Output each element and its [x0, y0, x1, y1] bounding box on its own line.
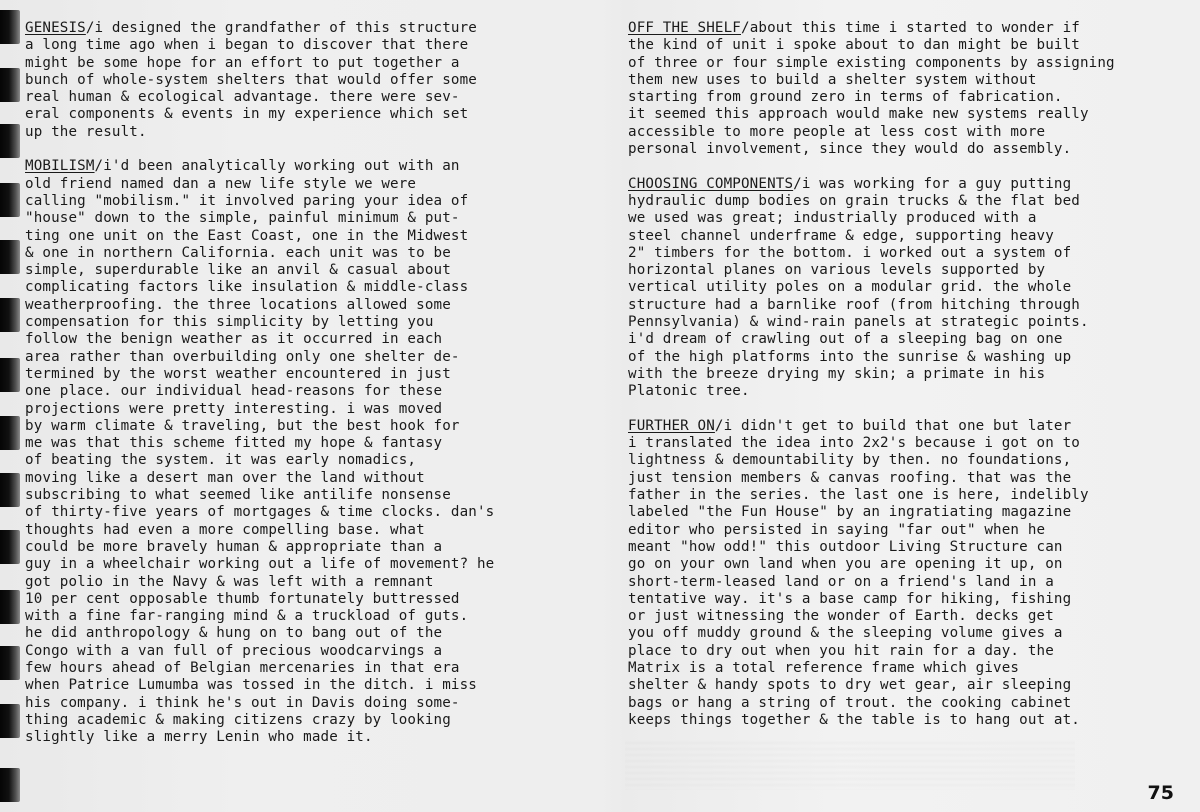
- text-line: thing academic & making citizens crazy b…: [25, 712, 565, 729]
- text-line: of three or four simple existing compone…: [628, 55, 1168, 72]
- text-line: moving like a desert man over the land w…: [25, 470, 565, 487]
- section-off-the-shelf: OFF THE SHELF/about this time i started …: [628, 20, 1168, 158]
- text-line: subscribing to what seemed like antilife…: [25, 487, 565, 504]
- text-line: thoughts had even a more compelling base…: [25, 522, 565, 539]
- text-line: lightness & demountability by then. no f…: [628, 452, 1168, 469]
- text-line: 2" timbers for the bottom. i worked out …: [628, 245, 1168, 262]
- binding-hole: [0, 590, 20, 624]
- text-line: weatherproofing. the three locations all…: [25, 297, 565, 314]
- text-line: CHOOSING COMPONENTS/i was working for a …: [628, 176, 1168, 193]
- text-line: vertical utility poles on a modular grid…: [628, 279, 1168, 296]
- binding-hole: [0, 10, 20, 44]
- text-line: structure had a barnlike roof (from hitc…: [628, 297, 1168, 314]
- section-heading: FURTHER ON: [628, 418, 715, 434]
- text-line: ting one unit on the East Coast, one in …: [25, 228, 565, 245]
- section-lead-text: /about this time i started to wonder if: [741, 20, 1080, 36]
- text-line: of thirty-five years of mortgages & time…: [25, 504, 565, 521]
- text-line: got polio in the Navy & was left with a …: [25, 574, 565, 591]
- text-line: projections were pretty interesting. i w…: [25, 401, 565, 418]
- text-line: OFF THE SHELF/about this time i started …: [628, 20, 1168, 37]
- text-line: place to dry out when you hit rain for a…: [628, 643, 1168, 660]
- section-lead-text: /i was working for a guy putting: [793, 176, 1071, 192]
- text-line: area rather than overbuilding only one s…: [25, 349, 565, 366]
- text-line: them new uses to build a shelter system …: [628, 72, 1168, 89]
- text-line: 10 per cent opposable thumb fortunately …: [25, 591, 565, 608]
- section-genesis: GENESIS/i designed the grandfather of th…: [25, 20, 565, 141]
- text-line: compensation for this simplicity by lett…: [25, 314, 565, 331]
- text-line: keeps things together & the table is to …: [628, 712, 1168, 729]
- text-line: by warm climate & traveling, but the bes…: [25, 418, 565, 435]
- binding-hole: [0, 646, 20, 680]
- text-line: accessible to more people at less cost w…: [628, 124, 1168, 141]
- binding-hole: [0, 68, 20, 102]
- show-through-text: [625, 740, 1075, 790]
- text-line: his company. i think he's out in Davis d…: [25, 695, 565, 712]
- page-number: 75: [1148, 782, 1174, 804]
- text-line: tentative way. it's a base camp for hiki…: [628, 591, 1168, 608]
- right-column: OFF THE SHELF/about this time i started …: [628, 20, 1168, 746]
- text-line: personal involvement, since they would d…: [628, 141, 1168, 158]
- binding-hole: [0, 473, 20, 507]
- text-line: i'd dream of crawling out of a sleeping …: [628, 331, 1168, 348]
- binding-hole: [0, 530, 20, 564]
- text-line: GENESIS/i designed the grandfather of th…: [25, 20, 565, 37]
- text-line: starting from ground zero in terms of fa…: [628, 89, 1168, 106]
- text-line: termined by the worst weather encountere…: [25, 366, 565, 383]
- text-line: & one in northern California. each unit …: [25, 245, 565, 262]
- text-line: bunch of whole-system shelters that woul…: [25, 72, 565, 89]
- text-line: just tension members & canvas roofing. t…: [628, 470, 1168, 487]
- text-line: calling "mobilism." it involved paring y…: [25, 193, 565, 210]
- text-line: the kind of unit i spoke about to dan mi…: [628, 37, 1168, 54]
- spiral-binding: [0, 0, 22, 812]
- text-line: or just witnessing the wonder of Earth. …: [628, 608, 1168, 625]
- section-lead-text: /i'd been analytically working out with …: [95, 158, 460, 174]
- text-line: i translated the idea into 2x2's because…: [628, 435, 1168, 452]
- text-line: follow the benign weather as it occurred…: [25, 331, 565, 348]
- text-line: editor who persisted in saying "far out"…: [628, 522, 1168, 539]
- text-line: hydraulic dump bodies on grain trucks & …: [628, 193, 1168, 210]
- text-line: up the result.: [25, 124, 565, 141]
- text-line: real human & ecological advantage. there…: [25, 89, 565, 106]
- text-line: of beating the system. it was early noma…: [25, 452, 565, 469]
- text-line: Platonic tree.: [628, 383, 1168, 400]
- text-line: steel channel underframe & edge, support…: [628, 228, 1168, 245]
- text-line: bags or hang a string of trout. the cook…: [628, 695, 1168, 712]
- text-line: shelter & handy spots to dry wet gear, a…: [628, 677, 1168, 694]
- binding-hole: [0, 704, 20, 738]
- text-line: when Patrice Lumumba was tossed in the d…: [25, 677, 565, 694]
- text-line: slightly like a merry Lenin who made it.: [25, 729, 565, 746]
- binding-hole: [0, 298, 20, 332]
- text-line: might be some hope for an effort to put …: [25, 55, 565, 72]
- binding-hole: [0, 358, 20, 392]
- binding-hole: [0, 183, 20, 217]
- text-line: labeled "the Fun House" by an ingratiati…: [628, 504, 1168, 521]
- text-line: could be more bravely human & appropriat…: [25, 539, 565, 556]
- text-line: few hours ahead of Belgian mercenaries i…: [25, 660, 565, 677]
- section-further-on: FURTHER ON/i didn't get to build that on…: [628, 418, 1168, 729]
- section-lead-text: /i designed the grandfather of this stru…: [86, 20, 477, 36]
- text-line: old friend named dan a new life style we…: [25, 176, 565, 193]
- text-line: "house" down to the simple, painful mini…: [25, 210, 565, 227]
- section-heading: CHOOSING COMPONENTS: [628, 176, 793, 192]
- section-mobilism: MOBILISM/i'd been analytically working o…: [25, 158, 565, 746]
- text-line: meant "how odd!" this outdoor Living Str…: [628, 539, 1168, 556]
- section-lead-text: /i didn't get to build that one but late…: [715, 418, 1071, 434]
- binding-hole: [0, 768, 20, 802]
- text-line: eral components & events in my experienc…: [25, 106, 565, 123]
- text-line: guy in a wheelchair working out a life o…: [25, 556, 565, 573]
- text-line: complicating factors like insulation & m…: [25, 279, 565, 296]
- text-line: Pennsylvania) & wind-rain panels at stra…: [628, 314, 1168, 331]
- section-heading: GENESIS: [25, 20, 86, 36]
- section-heading: OFF THE SHELF: [628, 20, 741, 36]
- binding-hole: [0, 416, 20, 450]
- text-line: you off muddy ground & the sleeping volu…: [628, 625, 1168, 642]
- text-line: me was that this scheme fitted my hope &…: [25, 435, 565, 452]
- text-line: Congo with a van full of precious woodca…: [25, 643, 565, 660]
- text-line: simple, superdurable like an anvil & cas…: [25, 262, 565, 279]
- text-line: Matrix is a total reference frame which …: [628, 660, 1168, 677]
- text-line: father in the series. the last one is he…: [628, 487, 1168, 504]
- binding-hole: [0, 124, 20, 158]
- left-column: GENESIS/i designed the grandfather of th…: [25, 20, 565, 764]
- book-page: GENESIS/i designed the grandfather of th…: [0, 0, 1200, 812]
- text-line: one place. our individual head-reasons f…: [25, 383, 565, 400]
- text-line: of the high platforms into the sunrise &…: [628, 349, 1168, 366]
- section-heading: MOBILISM: [25, 158, 95, 174]
- text-line: MOBILISM/i'd been analytically working o…: [25, 158, 565, 175]
- text-line: horizontal planes on various levels supp…: [628, 262, 1168, 279]
- section-choosing-components: CHOOSING COMPONENTS/i was working for a …: [628, 176, 1168, 401]
- binding-hole: [0, 240, 20, 274]
- text-line: we used was great; industrially produced…: [628, 210, 1168, 227]
- text-line: a long time ago when i began to discover…: [25, 37, 565, 54]
- text-line: FURTHER ON/i didn't get to build that on…: [628, 418, 1168, 435]
- text-line: short-term-leased land or on a friend's …: [628, 574, 1168, 591]
- text-line: with a fine far-ranging mind & a trucklo…: [25, 608, 565, 625]
- text-line: go on your own land when you are opening…: [628, 556, 1168, 573]
- text-line: he did anthropology & hung on to bang ou…: [25, 625, 565, 642]
- text-line: with the breeze drying my skin; a primat…: [628, 366, 1168, 383]
- text-line: it seemed this approach would make new s…: [628, 106, 1168, 123]
